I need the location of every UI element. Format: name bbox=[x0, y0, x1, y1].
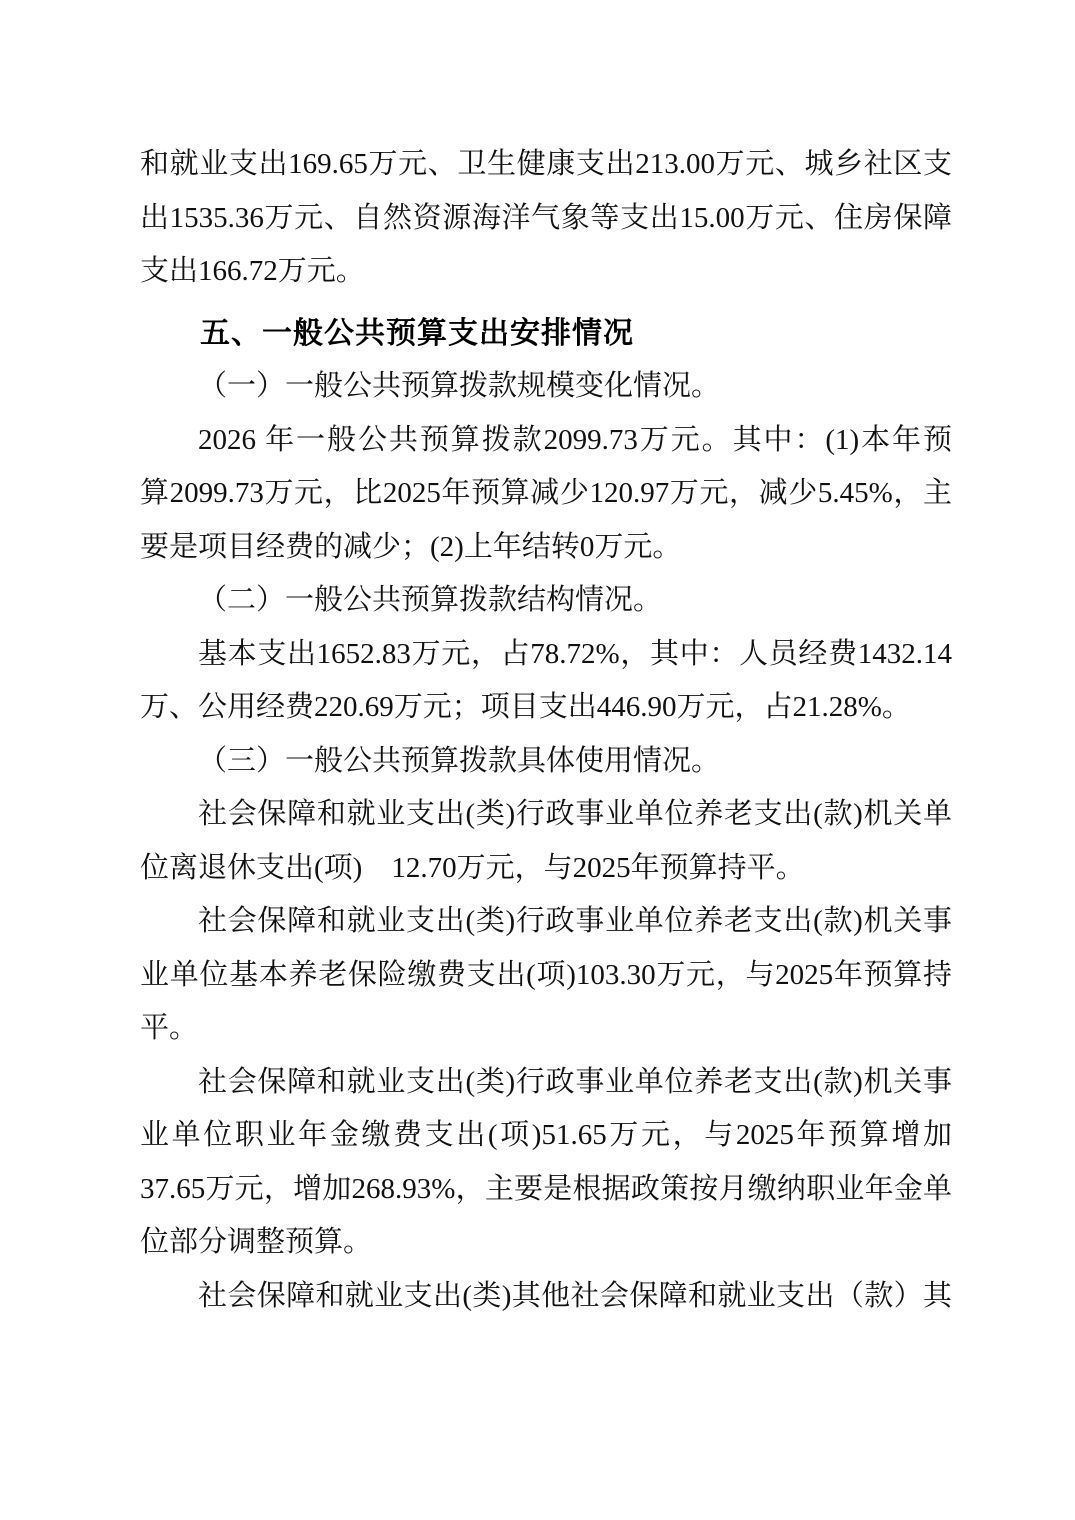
para-sub1-title: （一）一般公共预算拨款规模变化情况。 bbox=[140, 360, 952, 414]
text-line: 支出166.72万元。 bbox=[140, 245, 952, 299]
text-line: 业单位基本养老保险缴费支出(项)103.30万元，与2025年预算持 bbox=[140, 949, 952, 1003]
para-item-other-social-security: 社会保障和就业支出(类)其他社会保障和就业支出（款）其 bbox=[140, 1270, 952, 1324]
text-line: 业单位职业年金缴费支出(项)51.65万元，与2025年预算增加 bbox=[140, 1109, 952, 1163]
text-line: 平。 bbox=[140, 1002, 952, 1056]
text-line: 万、公用经费220.69万元；项目支出446.90万元，占21.28%。 bbox=[140, 681, 952, 735]
para-expenditure-breakdown-continuation: 和就业支出169.65万元、卫生健康支出213.00万元、城乡社区支出1535.… bbox=[140, 138, 952, 299]
document-body: 和就业支出169.65万元、卫生健康支出213.00万元、城乡社区支出1535.… bbox=[140, 138, 952, 1323]
para-item-basic-pension: 社会保障和就业支出(类)行政事业单位养老支出(款)机关事业单位基本养老保险缴费支… bbox=[140, 895, 952, 1056]
para-item-retirement: 社会保障和就业支出(类)行政事业单位养老支出(款)机关单位离退休支出(项) 12… bbox=[140, 788, 952, 895]
para-sub3-title: （三）一般公共预算拨款具体使用情况。 bbox=[140, 735, 952, 789]
document-page: 和就业支出169.65万元、卫生健康支出213.00万元、城乡社区支出1535.… bbox=[0, 0, 1075, 1520]
text-line: 社会保障和就业支出(类)行政事业单位养老支出(款)机关事 bbox=[140, 1056, 952, 1110]
text-line: （一）一般公共预算拨款规模变化情况。 bbox=[140, 360, 952, 414]
text-line: 37.65万元，增加268.93%，主要是根据政策按月缴纳职业年金单 bbox=[140, 1163, 952, 1217]
para-budget-structure: 基本支出1652.83万元，占78.72%，其中：人员经费1432.14万、公用… bbox=[140, 628, 952, 735]
para-item-occupational-annuity: 社会保障和就业支出(类)行政事业单位养老支出(款)机关事业单位职业年金缴费支出(… bbox=[140, 1056, 952, 1270]
para-sub2-title: （二）一般公共预算拨款结构情况。 bbox=[140, 574, 952, 628]
text-line: （三）一般公共预算拨款具体使用情况。 bbox=[140, 735, 952, 789]
text-line: 位部分调整预算。 bbox=[140, 1216, 952, 1270]
heading-section-5: 五、一般公共预算支出安排情况 bbox=[140, 307, 952, 361]
text-line: （二）一般公共预算拨款结构情况。 bbox=[140, 574, 952, 628]
text-line: 算2099.73万元，比2025年预算减少120.97万元，减少5.45%，主 bbox=[140, 467, 952, 521]
text-line: 基本支出1652.83万元，占78.72%，其中：人员经费1432.14 bbox=[140, 628, 952, 682]
text-line: 和就业支出169.65万元、卫生健康支出213.00万元、城乡社区支 bbox=[140, 138, 952, 192]
text-line: 位离退休支出(项) 12.70万元，与2025年预算持平。 bbox=[140, 842, 952, 896]
para-budget-scale-change: 2026 年一般公共预算拨款2099.73万元。其中：(1)本年预算2099.7… bbox=[140, 414, 952, 575]
text-line: 要是项目经费的减少；(2)上年结转0万元。 bbox=[140, 521, 952, 575]
text-line: 五、一般公共预算支出安排情况 bbox=[140, 307, 952, 361]
text-line: 社会保障和就业支出(类)行政事业单位养老支出(款)机关事 bbox=[140, 895, 952, 949]
text-line: 2026 年一般公共预算拨款2099.73万元。其中：(1)本年预 bbox=[140, 414, 952, 468]
text-line: 社会保障和就业支出(类)行政事业单位养老支出(款)机关单 bbox=[140, 788, 952, 842]
text-line: 社会保障和就业支出(类)其他社会保障和就业支出（款）其 bbox=[140, 1270, 952, 1324]
text-line: 出1535.36万元、自然资源海洋气象等支出15.00万元、住房保障 bbox=[140, 192, 952, 246]
